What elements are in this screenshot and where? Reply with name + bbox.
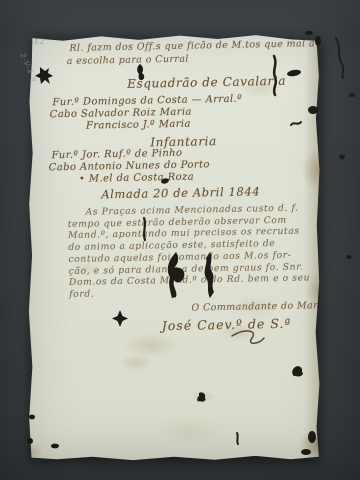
edge-nick <box>305 31 313 35</box>
cavalry-entry: Francisco J.º Maria <box>86 119 191 132</box>
dateline: Almada 20 de Abril 1844 <box>101 184 260 201</box>
signature: José Caev.º de S.ª <box>162 316 292 333</box>
closing-line: O Commandante do Mand.º <box>191 300 334 314</box>
infantry-section-title: Infantaria <box>150 134 217 149</box>
header-line-2: a escolha para o Curral <box>67 54 189 67</box>
background-mark <box>347 255 352 259</box>
cavalry-entry: Fur.º Domingos da Costa — Arral.º <box>52 94 242 109</box>
manuscript-paper: Rl. fazm dos Off.s que ficão de M.tos qu… <box>28 33 320 461</box>
ink-layer: Rl. fazm dos Off.s que ficão de M.tos qu… <box>24 28 324 462</box>
background-mark <box>349 93 355 97</box>
pencil-note-small: 12 <box>34 38 45 46</box>
body-paragraph: As Praças acima Mencionadas custo d. f. … <box>68 202 314 300</box>
infantry-entry: • M.el da Costa Roza <box>79 172 194 185</box>
cavalry-section-title: Esquadrão de Cavalaria <box>127 74 286 91</box>
manuscript-photo: Rl. fazm dos Off.s que ficão de M.tos qu… <box>0 0 360 480</box>
background-mark <box>339 155 345 160</box>
background-mark <box>336 38 343 78</box>
